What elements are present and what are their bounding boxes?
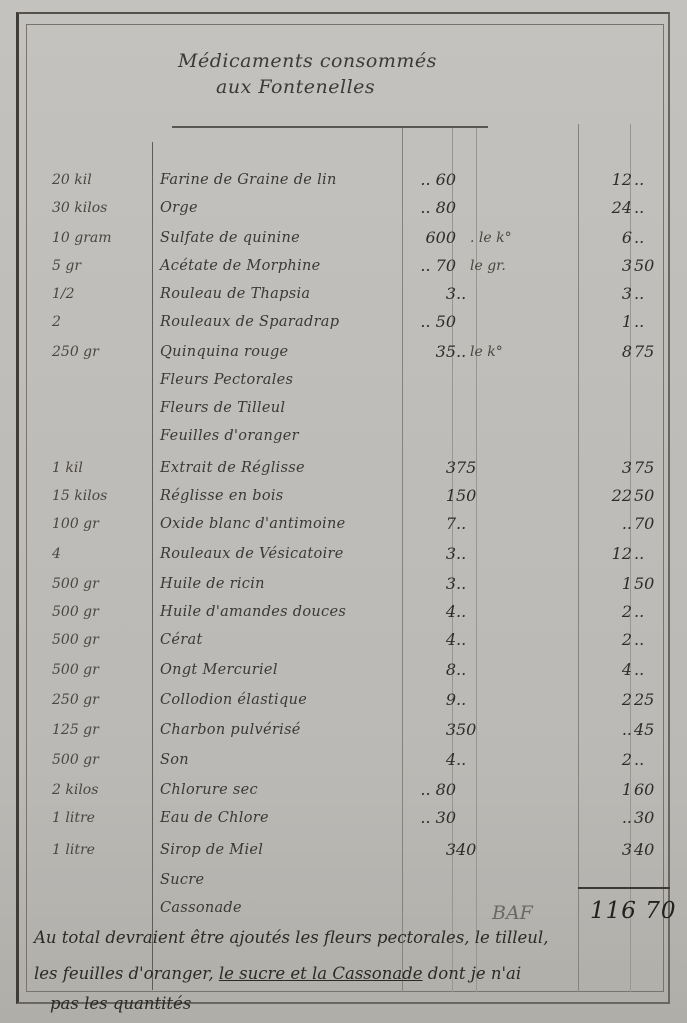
quantity-cell: 15 kilos — [52, 486, 147, 506]
medication-name-cell: Extrait de Réglisse — [160, 458, 400, 478]
amount-cents-cell: .. — [634, 750, 664, 770]
medication-name-cell: Rouleaux de Sparadrap — [160, 312, 400, 332]
table-row: 100 grOxide blanc d'antimoine7....70 — [0, 514, 687, 540]
medication-name-cell: Eau de Chlore — [160, 808, 400, 828]
unit-price-cell: 1 — [408, 486, 456, 506]
amount-cell: 3 — [580, 458, 632, 478]
amount-cents-cell: 50 — [634, 574, 664, 594]
quantity-cell: 1 kil — [52, 458, 147, 478]
unit-price-cents-cell: .. — [456, 574, 478, 594]
table-row: 1 litreSirop de Miel340340 — [0, 840, 687, 866]
amount-cents-cell: .. — [634, 170, 664, 190]
amount-cents-cell: .. — [634, 544, 664, 564]
quantity-cell: 500 gr — [52, 574, 147, 594]
table-row: 15 kilosRéglisse en bois1502250 — [0, 486, 687, 512]
title-line-1: Médicaments consommés — [178, 48, 498, 74]
medication-name-cell: Cassonade — [160, 898, 400, 918]
amount-cents-cell: .. — [634, 198, 664, 218]
quantity-cell: 250 gr — [52, 342, 147, 362]
footnote-line-1: Au total devraient être ajoutés les fleu… — [34, 920, 674, 956]
title-line-2: aux Fontenelles — [178, 74, 498, 100]
medication-name-cell: Orge — [160, 198, 400, 218]
unit-price-cents-cell: .. — [456, 660, 478, 680]
amount-cell: 12 — [580, 544, 632, 564]
unit-price-cents-cell: .. — [456, 602, 478, 622]
unit-price-cell: .. 30 — [408, 808, 456, 828]
footnote-text-2c: dont je n'ai — [422, 964, 521, 983]
footnote-text-3: pas les quantités — [50, 994, 191, 1013]
unit-price-cell: .. 70 — [408, 256, 456, 276]
amount-cents-cell: .. — [634, 228, 664, 248]
unit-price-cell: 600 — [408, 228, 456, 248]
amount-cell: 2 — [580, 602, 632, 622]
amount-cents-cell: 70 — [634, 514, 664, 534]
amount-cell: 12 — [580, 170, 632, 190]
unit-price-cell: 3 — [408, 840, 456, 860]
quantity-cell: 10 gram — [52, 228, 147, 248]
amount-cell: 8 — [580, 342, 632, 362]
unit-price-cell: 3 — [408, 544, 456, 564]
table-row: Feuilles d'oranger — [0, 426, 687, 452]
table-row: Sucre — [0, 870, 687, 896]
unit-price-cents-cell: 75 — [456, 458, 478, 478]
medication-name-cell: Huile de ricin — [160, 574, 400, 594]
quantity-cell: 1 litre — [52, 808, 147, 828]
quantity-cell: 500 gr — [52, 750, 147, 770]
unit-price-cell: 8 — [408, 660, 456, 680]
quantity-cell: 500 gr — [52, 602, 147, 622]
table-row: 10 gramSulfate de quinine600. le k°6.. — [0, 228, 687, 254]
medication-name-cell: Cérat — [160, 630, 400, 650]
amount-cents-cell: .. — [634, 284, 664, 304]
table-row: 500 grOngt Mercuriel8..4.. — [0, 660, 687, 686]
unit-price-cell: 3 — [408, 284, 456, 304]
medication-name-cell: Oxide blanc d'antimoine — [160, 514, 400, 534]
footnote-line-3: pas les quantités — [50, 986, 687, 1022]
table-row: 500 grHuile d'amandes douces4..2.. — [0, 602, 687, 628]
amount-cell: 3 — [580, 840, 632, 860]
amount-cell: 1 — [580, 574, 632, 594]
amount-cents-cell: 50 — [634, 256, 664, 276]
unit-price-cell: 9 — [408, 690, 456, 710]
amount-cents-cell: 75 — [634, 458, 664, 478]
table-row: 500 grHuile de ricin3..150 — [0, 574, 687, 600]
amount-cell: .. — [580, 720, 632, 740]
unit-price-cell: 3 — [408, 720, 456, 740]
amount-cents-cell: 45 — [634, 720, 664, 740]
amount-cents-cell: 75 — [634, 342, 664, 362]
amount-cents-cell: .. — [634, 630, 664, 650]
unit-price-cell: 7 — [408, 514, 456, 534]
table-row: 250 grCollodion élastique9..225 — [0, 690, 687, 716]
unit-price-cell: 4 — [408, 630, 456, 650]
amount-cell: 6 — [580, 228, 632, 248]
table-row: Fleurs de Tilleul — [0, 398, 687, 424]
footnote-text-1: Au total devraient être ajoutés les fleu… — [34, 928, 548, 947]
table-row: 20 kilFarine de Graine de lin.. 6012.. — [0, 170, 687, 196]
amount-cell: 3 — [580, 256, 632, 276]
table-row: 1 kilExtrait de Réglisse375375 — [0, 458, 687, 484]
price-unit-cell: le k° — [470, 342, 550, 362]
medication-name-cell: Réglisse en bois — [160, 486, 400, 506]
amount-cell: .. — [580, 514, 632, 534]
amount-cell: 1 — [580, 780, 632, 800]
unit-price-cell: 3 — [408, 458, 456, 478]
unit-price-cents-cell: .. — [456, 544, 478, 564]
medication-name-cell: Sulfate de quinine — [160, 228, 400, 248]
amount-cents-cell: 25 — [634, 690, 664, 710]
unit-price-cell: .. 50 — [408, 312, 456, 332]
medication-name-cell: Farine de Graine de lin — [160, 170, 400, 190]
unit-price-cell: 4 — [408, 750, 456, 770]
quantity-cell: 4 — [52, 544, 147, 564]
quantity-cell: 100 gr — [52, 514, 147, 534]
amount-cents-cell: .. — [634, 312, 664, 332]
price-unit-cell: le gr. — [470, 256, 550, 276]
page-title: Médicaments consommés aux Fontenelles — [178, 48, 498, 100]
amount-cell: 2 — [580, 750, 632, 770]
medication-name-cell: Sucre — [160, 870, 400, 890]
medication-name-cell: Rouleaux de Vésicatoire — [160, 544, 400, 564]
amount-cents-cell: 60 — [634, 780, 664, 800]
footnote-underlined-text: le sucre et la Cassonade — [219, 964, 423, 983]
table-row: 1 litreEau de Chlore.. 30..30 — [0, 808, 687, 834]
unit-price-cents-cell: 50 — [456, 720, 478, 740]
unit-price-cents-cell: .. — [456, 630, 478, 650]
footnote-text-2a: les feuilles d'oranger, — [34, 964, 219, 983]
amount-cell: 3 — [580, 284, 632, 304]
amount-cents-cell: .. — [634, 660, 664, 680]
unit-price-cell: .. 80 — [408, 780, 456, 800]
unit-price-cell: 3 — [408, 574, 456, 594]
medication-name-cell: Collodion élastique — [160, 690, 400, 710]
quantity-cell: 5 gr — [52, 256, 147, 276]
amount-cents-cell: 40 — [634, 840, 664, 860]
medication-name-cell: Charbon pulvérisé — [160, 720, 400, 740]
quantity-cell: 125 gr — [52, 720, 147, 740]
medication-name-cell: Acétate de Morphine — [160, 256, 400, 276]
medication-name-cell: Rouleau de Thapsia — [160, 284, 400, 304]
amount-cell: 2 — [580, 690, 632, 710]
price-unit-cell: . le k° — [470, 228, 550, 248]
quantity-cell: 1/2 — [52, 284, 147, 304]
quantity-cell: 2 kilos — [52, 780, 147, 800]
table-row: 500 grCérat4..2.. — [0, 630, 687, 656]
medication-name-cell: Fleurs Pectorales — [160, 370, 400, 390]
table-row: 250 grQuinquina rouge35..le k°875 — [0, 342, 687, 368]
unit-price-cell: .. 80 — [408, 198, 456, 218]
amount-cell: 1 — [580, 312, 632, 332]
unit-price-cents-cell: .. — [456, 514, 478, 534]
amount-cents-cell: 50 — [634, 486, 664, 506]
medication-name-cell: Huile d'amandes douces — [160, 602, 400, 622]
table-row: 2Rouleaux de Sparadrap.. 501.. — [0, 312, 687, 338]
medication-name-cell: Son — [160, 750, 400, 770]
quantity-cell: 500 gr — [52, 660, 147, 680]
unit-price-cell: 35 — [408, 342, 456, 362]
amount-cents-cell: 30 — [634, 808, 664, 828]
table-row: 2 kilosChlorure sec.. 80160 — [0, 780, 687, 806]
quantity-cell: 250 gr — [52, 690, 147, 710]
quantity-cell: 20 kil — [52, 170, 147, 190]
medication-name-cell: Feuilles d'oranger — [160, 426, 400, 446]
unit-price-cents-cell: .. — [456, 750, 478, 770]
medication-name-cell: Fleurs de Tilleul — [160, 398, 400, 418]
total-rule — [578, 887, 670, 889]
quantity-cell: 2 — [52, 312, 147, 332]
unit-price-cents-cell: .. — [456, 690, 478, 710]
table-row: Fleurs Pectorales — [0, 370, 687, 396]
header-rule — [172, 126, 488, 128]
table-row: 1/2Rouleau de Thapsia3..3.. — [0, 284, 687, 310]
medication-name-cell: Sirop de Miel — [160, 840, 400, 860]
quantity-cell: 30 kilos — [52, 198, 147, 218]
amount-cell: 4 — [580, 660, 632, 680]
unit-price-cents-cell: 50 — [456, 486, 478, 506]
amount-cell: 24 — [580, 198, 632, 218]
unit-price-cents-cell: 40 — [456, 840, 478, 860]
amount-cell: .. — [580, 808, 632, 828]
medication-name-cell: Ongt Mercuriel — [160, 660, 400, 680]
table-row: 125 grCharbon pulvérisé350..45 — [0, 720, 687, 746]
medication-name-cell: Quinquina rouge — [160, 342, 400, 362]
unit-price-cell: 4 — [408, 602, 456, 622]
table-row: 5 grAcétate de Morphine.. 70le gr.350 — [0, 256, 687, 282]
table-row: 4Rouleaux de Vésicatoire3..12.. — [0, 544, 687, 570]
quantity-cell: 1 litre — [52, 840, 147, 860]
amount-cell: 2 — [580, 630, 632, 650]
amount-cell: 22 — [580, 486, 632, 506]
quantity-cell: 500 gr — [52, 630, 147, 650]
medication-name-cell: Chlorure sec — [160, 780, 400, 800]
amount-cents-cell: .. — [634, 602, 664, 622]
table-row: 500 grSon4..2.. — [0, 750, 687, 776]
table-row: 30 kilosOrge.. 8024.. — [0, 198, 687, 224]
unit-price-cell: .. 60 — [408, 170, 456, 190]
unit-price-cents-cell: .. — [456, 284, 478, 304]
